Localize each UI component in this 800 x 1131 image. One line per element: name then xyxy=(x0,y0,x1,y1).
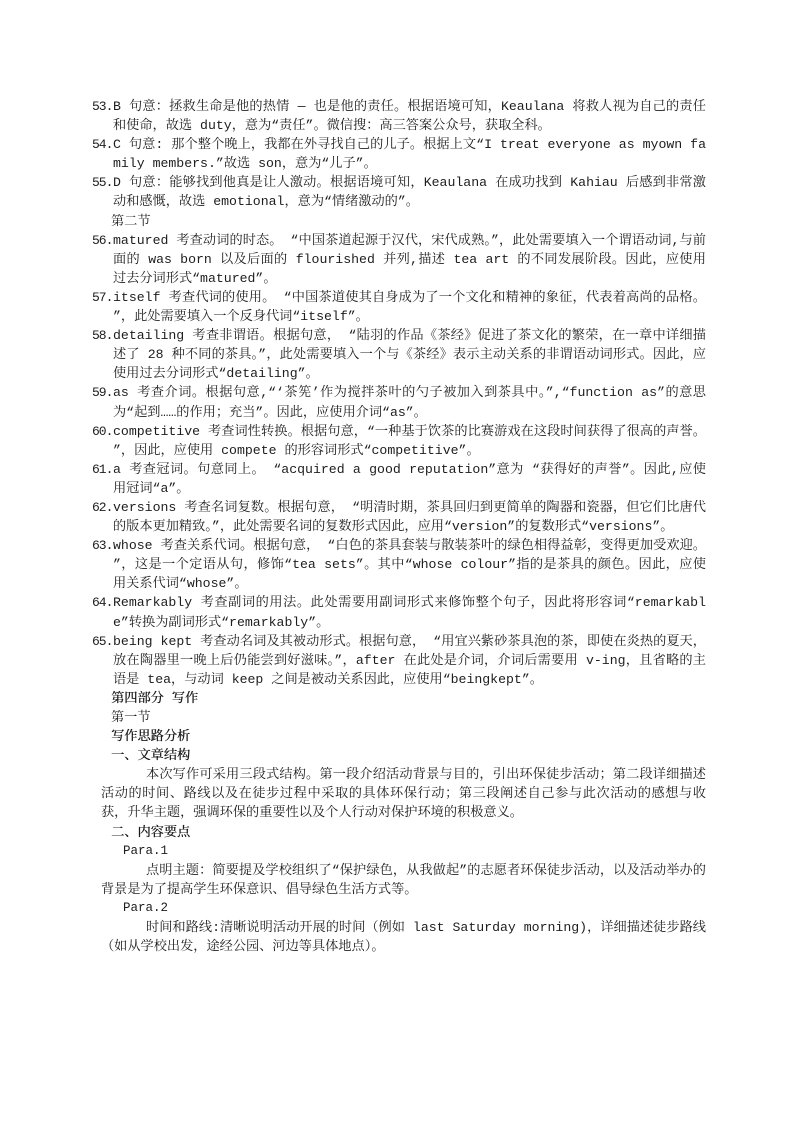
content-points-heading: 二、内容要点 xyxy=(111,823,706,842)
item-number: 65. xyxy=(92,632,112,651)
item-number: 63. xyxy=(92,536,112,555)
item-text: whose 考查关系代词。根据句意， “白色的茶具套装与散装茶叶的绿色相得益彰，… xyxy=(113,538,706,591)
item-text: C 句意: 那个整个晚上，我都在外寻找自己的儿子。根据上文“I treat ev… xyxy=(113,137,706,171)
item-number: 62. xyxy=(92,498,112,517)
item-text: B 句意：拯救生命是他的热情 — 也是他的责任。根据语境可知，Keaulana … xyxy=(113,99,706,133)
para2-label: Para.2 xyxy=(123,899,706,918)
item-text: itself 考查代词的使用。 “中国茶道使其自身成为了一个文化和精神的象征，代… xyxy=(113,290,706,324)
para1-text: 点明主题：简要提及学校组织了“保护绿色，从我做起”的志愿者环保徒步活动，以及活动… xyxy=(101,861,706,899)
item-text: detailing 考查非谓语。根据句意， “陆羽的作品《茶经》促进了茶文化的繁… xyxy=(113,328,706,381)
section2-heading: 第二节 xyxy=(111,212,706,231)
item-number: 55. xyxy=(92,173,112,192)
answer-item: 60. competitive 考查词性转换。根据句意，“一种基于饮茶的比赛游戏… xyxy=(92,422,706,460)
section1-heading: 第一节 xyxy=(111,708,706,727)
item-text: matured 考查动词的时态。 “中国茶道起源于汉代，宋代成熟。”，此处需要填… xyxy=(113,233,706,286)
item-number: 60. xyxy=(92,422,112,441)
answer-item: 54. C 句意: 那个整个晚上，我都在外寻找自己的儿子。根据上文“I trea… xyxy=(92,135,706,173)
item-text: as 考查介词。根据句意,“‘茶筅’作为搅拌茶叶的勺子被加入到茶具中。”,“fu… xyxy=(113,385,706,419)
item-number: 59. xyxy=(92,383,112,402)
answer-item: 59. as 考查介词。根据句意,“‘茶筅’作为搅拌茶叶的勺子被加入到茶具中。”… xyxy=(92,383,706,421)
para1-label: Para.1 xyxy=(123,842,706,861)
part4-heading: 第四部分 写作 xyxy=(111,689,706,708)
answer-item: 57. itself 考查代词的使用。 “中国茶道使其自身成为了一个文化和精神的… xyxy=(92,288,706,326)
structure-heading: 一、文章结构 xyxy=(111,746,706,765)
item-number: 54. xyxy=(92,135,112,154)
item-number: 57. xyxy=(92,288,112,307)
answer-item: 62. versions 考查名词复数。根据句意， “明清时期，茶具回归到更简单… xyxy=(92,498,706,536)
answer-key-document: 53. B 句意：拯救生命是他的热情 — 也是他的责任。根据语境可知，Keaul… xyxy=(92,0,706,956)
answer-item: 55. D 句意：能够找到他真是让人激动。根据语境可知，Keaulana 在成功… xyxy=(92,173,706,211)
answer-item: 65. being kept 考查动名词及其被动形式。根据句意， “用宜兴紫砂茶… xyxy=(92,632,706,689)
item-number: 56. xyxy=(92,231,112,250)
answer-item: 61. a 考查冠词。句意同上。 “acquired a good reputa… xyxy=(92,460,706,498)
item-number: 64. xyxy=(92,593,112,612)
item-number: 61. xyxy=(92,460,112,479)
answer-item: 53. B 句意：拯救生命是他的热情 — 也是他的责任。根据语境可知，Keaul… xyxy=(92,97,706,135)
para2-text: 时间和路线:清晰说明活动开展的时间（例如 last Saturday morni… xyxy=(101,918,706,956)
answer-item: 58. detailing 考查非谓语。根据句意， “陆羽的作品《茶经》促进了茶… xyxy=(92,326,706,383)
item-text: versions 考查名词复数。根据句意， “明清时期，茶具回归到更简单的陶器和… xyxy=(113,500,706,534)
writing-analysis-title: 写作思路分析 xyxy=(111,727,706,746)
item-text: Remarkably 考查副词的用法。此处需要用副词形式来修饰整个句子，因此将形… xyxy=(113,595,706,629)
item-text: competitive 考查词性转换。根据句意，“一种基于饮茶的比赛游戏在这段时… xyxy=(113,424,706,458)
item-text: being kept 考查动名词及其被动形式。根据句意， “用宜兴紫砂茶具泡的茶… xyxy=(113,634,706,687)
structure-paragraph: 本次写作可采用三段式结构。第一段介绍活动背景与目的，引出环保徒步活动；第二段详细… xyxy=(101,765,706,822)
item-number: 58. xyxy=(92,326,112,345)
answer-item: 56. matured 考查动词的时态。 “中国茶道起源于汉代，宋代成熟。”，此… xyxy=(92,231,706,288)
item-text: a 考查冠词。句意同上。 “acquired a good reputation… xyxy=(113,462,706,496)
item-number: 53. xyxy=(92,97,112,116)
answer-item: 63. whose 考查关系代词。根据句意， “白色的茶具套装与散装茶叶的绿色相… xyxy=(92,536,706,593)
answer-item: 64. Remarkably 考查副词的用法。此处需要用副词形式来修饰整个句子，… xyxy=(92,593,706,631)
item-text: D 句意：能够找到他真是让人激动。根据语境可知，Keaulana 在成功找到 K… xyxy=(113,175,706,209)
